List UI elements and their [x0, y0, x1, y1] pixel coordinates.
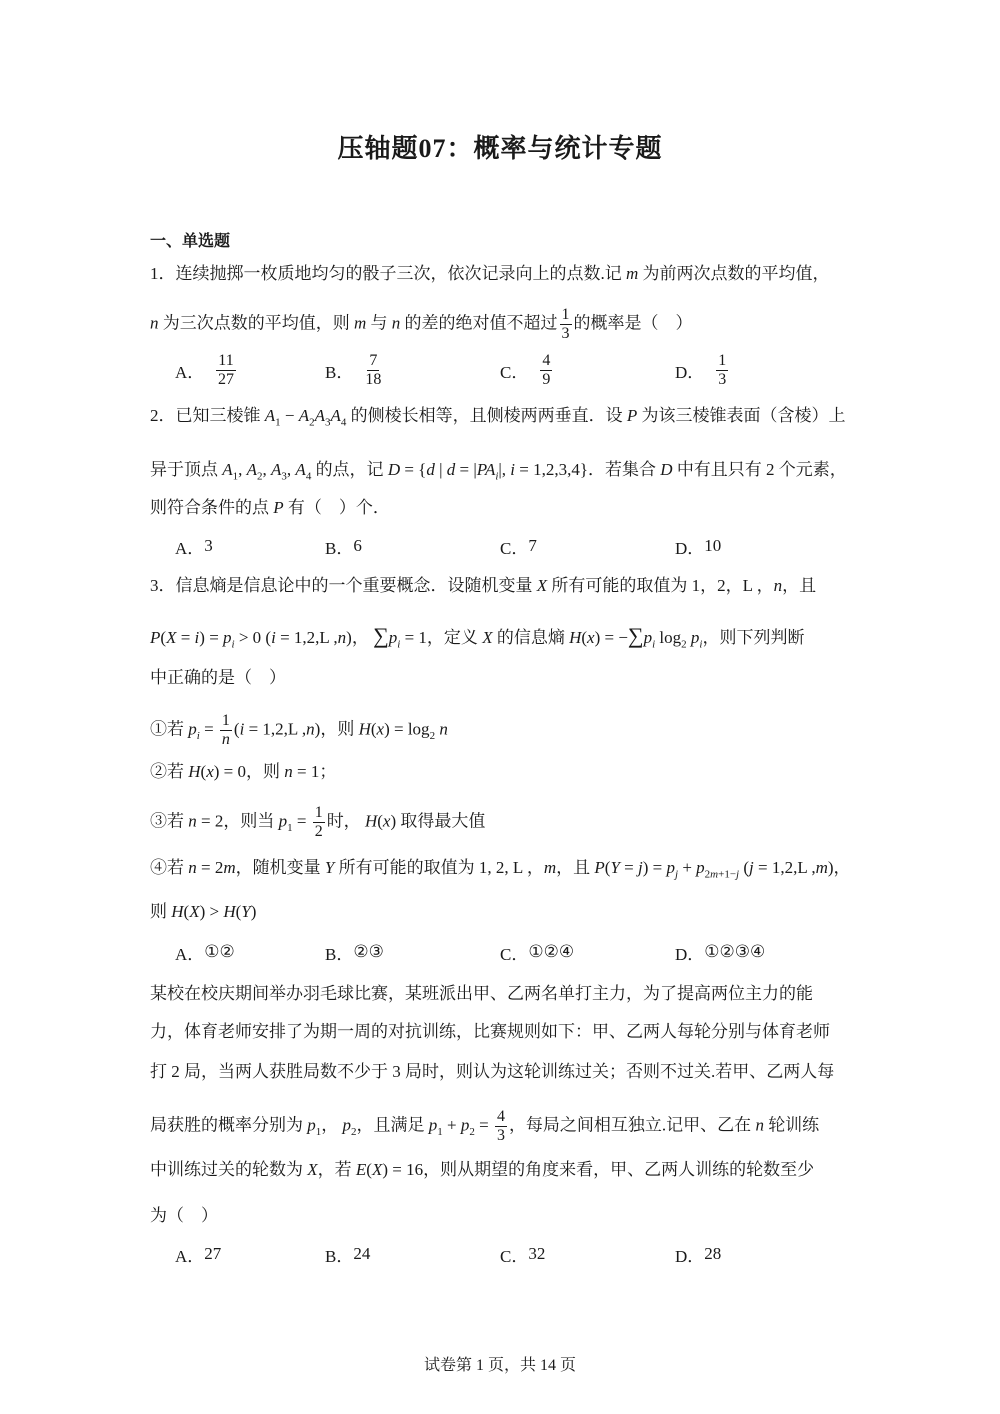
option-label: D．: [675, 534, 704, 559]
var-m: m: [626, 264, 638, 283]
option-value: 3: [204, 536, 213, 556]
option-label: A．: [175, 534, 204, 559]
page-footer: 试卷第 1 页，共 14 页: [0, 1352, 1000, 1375]
numerator: 1: [220, 712, 232, 731]
option-d[interactable]: D．10: [675, 524, 721, 568]
denominator: 27: [218, 371, 234, 389]
fraction-four-thirds: 43: [495, 1108, 507, 1145]
option-a[interactable]: A．1127: [175, 348, 238, 392]
numerator: 1: [716, 352, 728, 371]
option-label: B．: [325, 534, 353, 559]
option-value: 28: [704, 1244, 721, 1264]
option-value: 24: [353, 1244, 370, 1264]
question-1-options: A．1127 B．718 C．49 D．13: [175, 348, 875, 392]
option-value: 27: [204, 1244, 221, 1264]
option-label: D．: [675, 358, 704, 383]
option-b[interactable]: B．24: [325, 1232, 370, 1276]
option-label: C．: [500, 940, 528, 965]
option-label: B．: [325, 1242, 353, 1267]
denominator: 3: [562, 325, 570, 343]
option-label: B．: [325, 358, 353, 383]
question-3-line-1: 3．信息熵是信息论中的一个重要概念．设随机变量 X 所有可能的取值为 1，2，L…: [150, 574, 816, 598]
question-2-options: A．3 B．6 C．7 D．10: [175, 524, 875, 568]
page-title: 压轴题07：概率与统计专题: [0, 128, 1000, 165]
option-label: A．: [175, 358, 204, 383]
statement-4-cont: 则 H(X) > H(Y): [150, 900, 256, 924]
denominator: 18: [365, 371, 381, 389]
var-n: n: [150, 313, 159, 332]
option-value: 32: [528, 1244, 545, 1264]
question-1-line-1: 1．连续抛掷一枚质地均匀的骰子三次，依次记录向上的点数.记 m 为前两次点数的平…: [150, 262, 830, 286]
denominator: 9: [542, 371, 550, 389]
denominator: 3: [497, 1127, 505, 1145]
fraction-one-half: 12: [313, 804, 325, 841]
numerator: 1: [313, 804, 325, 823]
option-c[interactable]: C．49: [500, 348, 554, 392]
option-value: ①②④: [528, 942, 574, 962]
option-b[interactable]: B．6: [325, 524, 362, 568]
option-value: 7: [528, 536, 537, 556]
question-3-options: A．①② B．②③ C．①②④ D．①②③④: [175, 930, 875, 974]
option-a[interactable]: A．27: [175, 1232, 221, 1276]
question-4-line-1: 某校在校庆期间举办羽毛球比赛，某班派出甲、乙两名单打主力，为了提高两位主力的能: [150, 982, 813, 1006]
option-label: A．: [175, 940, 204, 965]
option-label: C．: [500, 1242, 528, 1267]
numerator: 4: [540, 352, 552, 371]
option-d[interactable]: D．13: [675, 348, 730, 392]
option-fraction: 718: [365, 352, 381, 389]
option-c[interactable]: C．32: [500, 1232, 545, 1276]
numerator: 7: [367, 352, 379, 371]
option-label: C．: [500, 358, 528, 383]
option-d[interactable]: D．28: [675, 1232, 721, 1276]
option-b[interactable]: B．718: [325, 348, 383, 392]
option-a[interactable]: A．①②: [175, 930, 235, 974]
fraction-one-over-n: 1n: [220, 712, 232, 749]
question-4-options: A．27 B．24 C．32 D．28: [175, 1232, 875, 1276]
statement-2: ②若 H(x) = 0，则 n = 1；: [150, 760, 336, 784]
option-label: C．: [500, 534, 528, 559]
statement-4: ④若 n = 2m，随机变量 Y 所有可能的取值为 1, 2, L ，m，且 P…: [150, 856, 851, 886]
option-c[interactable]: C．①②④: [500, 930, 574, 974]
option-c[interactable]: C．7: [500, 524, 537, 568]
option-value: ①②③④: [704, 942, 765, 962]
option-value: 10: [704, 536, 721, 556]
question-4-line-3: 打 2 局，当两人获胜局数不少于 3 局时，则认为这轮训练过关；否则不过关.若甲…: [150, 1060, 834, 1084]
question-4-line-6: 为（ ）: [150, 1204, 218, 1228]
question-4-line-5: 中训练过关的轮数为 X，若 E(X) = 16，则从期望的角度来看，甲、乙两人训…: [150, 1158, 814, 1182]
numerator: 4: [495, 1108, 507, 1127]
question-4-line-4: 局获胜的概率分别为 p1， p2，且满足 p1 + p2 = 43，每局之间相互…: [150, 1108, 819, 1145]
question-1-line-2: n 为三次点数的平均值，则 m 与 n 的差的绝对值不超过13的概率是（ ）: [150, 306, 693, 343]
option-label: D．: [675, 940, 704, 965]
option-value: ②③: [353, 942, 383, 962]
option-value: ①②: [204, 942, 234, 962]
question-4-line-2: 力，体育老师安排了为期一周的对抗训练，比赛规则如下：甲、乙两人每轮分别与体育老师: [150, 1020, 830, 1044]
fraction-one-third: 13: [560, 306, 572, 343]
option-fraction: 49: [540, 352, 552, 389]
question-2-line-1: 2．已知三棱锥 A1 − A2A3A4 的侧棱长相等，且侧棱两两垂直．设 P 为…: [150, 404, 846, 434]
denominator: 2: [315, 823, 323, 841]
question-number: 2．: [150, 406, 176, 425]
option-fraction: 13: [716, 352, 728, 389]
question-3-line-3: 中正确的是（ ）: [150, 666, 286, 690]
question-3-line-2: P(X = i) = pi > 0 (i = 1,2,L ,n)， ∑pi = …: [150, 624, 804, 656]
section-heading: 一、单选题: [150, 228, 230, 251]
option-label: B．: [325, 940, 353, 965]
option-d[interactable]: D．①②③④: [675, 930, 765, 974]
numerator: 11: [216, 352, 235, 371]
var-m: m: [354, 313, 366, 332]
option-a[interactable]: A．3: [175, 524, 213, 568]
var-n: n: [392, 313, 401, 332]
option-label: A．: [175, 1242, 204, 1267]
question-2-line-3: 则符合条件的点 P 有（ ）个．: [150, 496, 390, 520]
numerator: 1: [560, 306, 572, 325]
option-b[interactable]: B．②③: [325, 930, 384, 974]
statement-3: ③若 n = 2，则当 p1 = 12时， H(x) 取得最大值: [150, 804, 485, 841]
denominator: 3: [718, 371, 726, 389]
question-2-line-2: 异于顶点 A1, A2, A3, A4 的点，记 D = {d | d = |P…: [150, 458, 847, 488]
option-fraction: 1127: [216, 352, 235, 389]
option-label: D．: [675, 1242, 704, 1267]
question-number: 1．: [150, 264, 176, 283]
denominator: n: [222, 731, 230, 749]
option-value: 6: [353, 536, 362, 556]
question-number: 3．: [150, 576, 176, 595]
statement-1: ①若 pi = 1n(i = 1,2,L ,n)，则 H(x) = log2 n: [150, 712, 448, 749]
